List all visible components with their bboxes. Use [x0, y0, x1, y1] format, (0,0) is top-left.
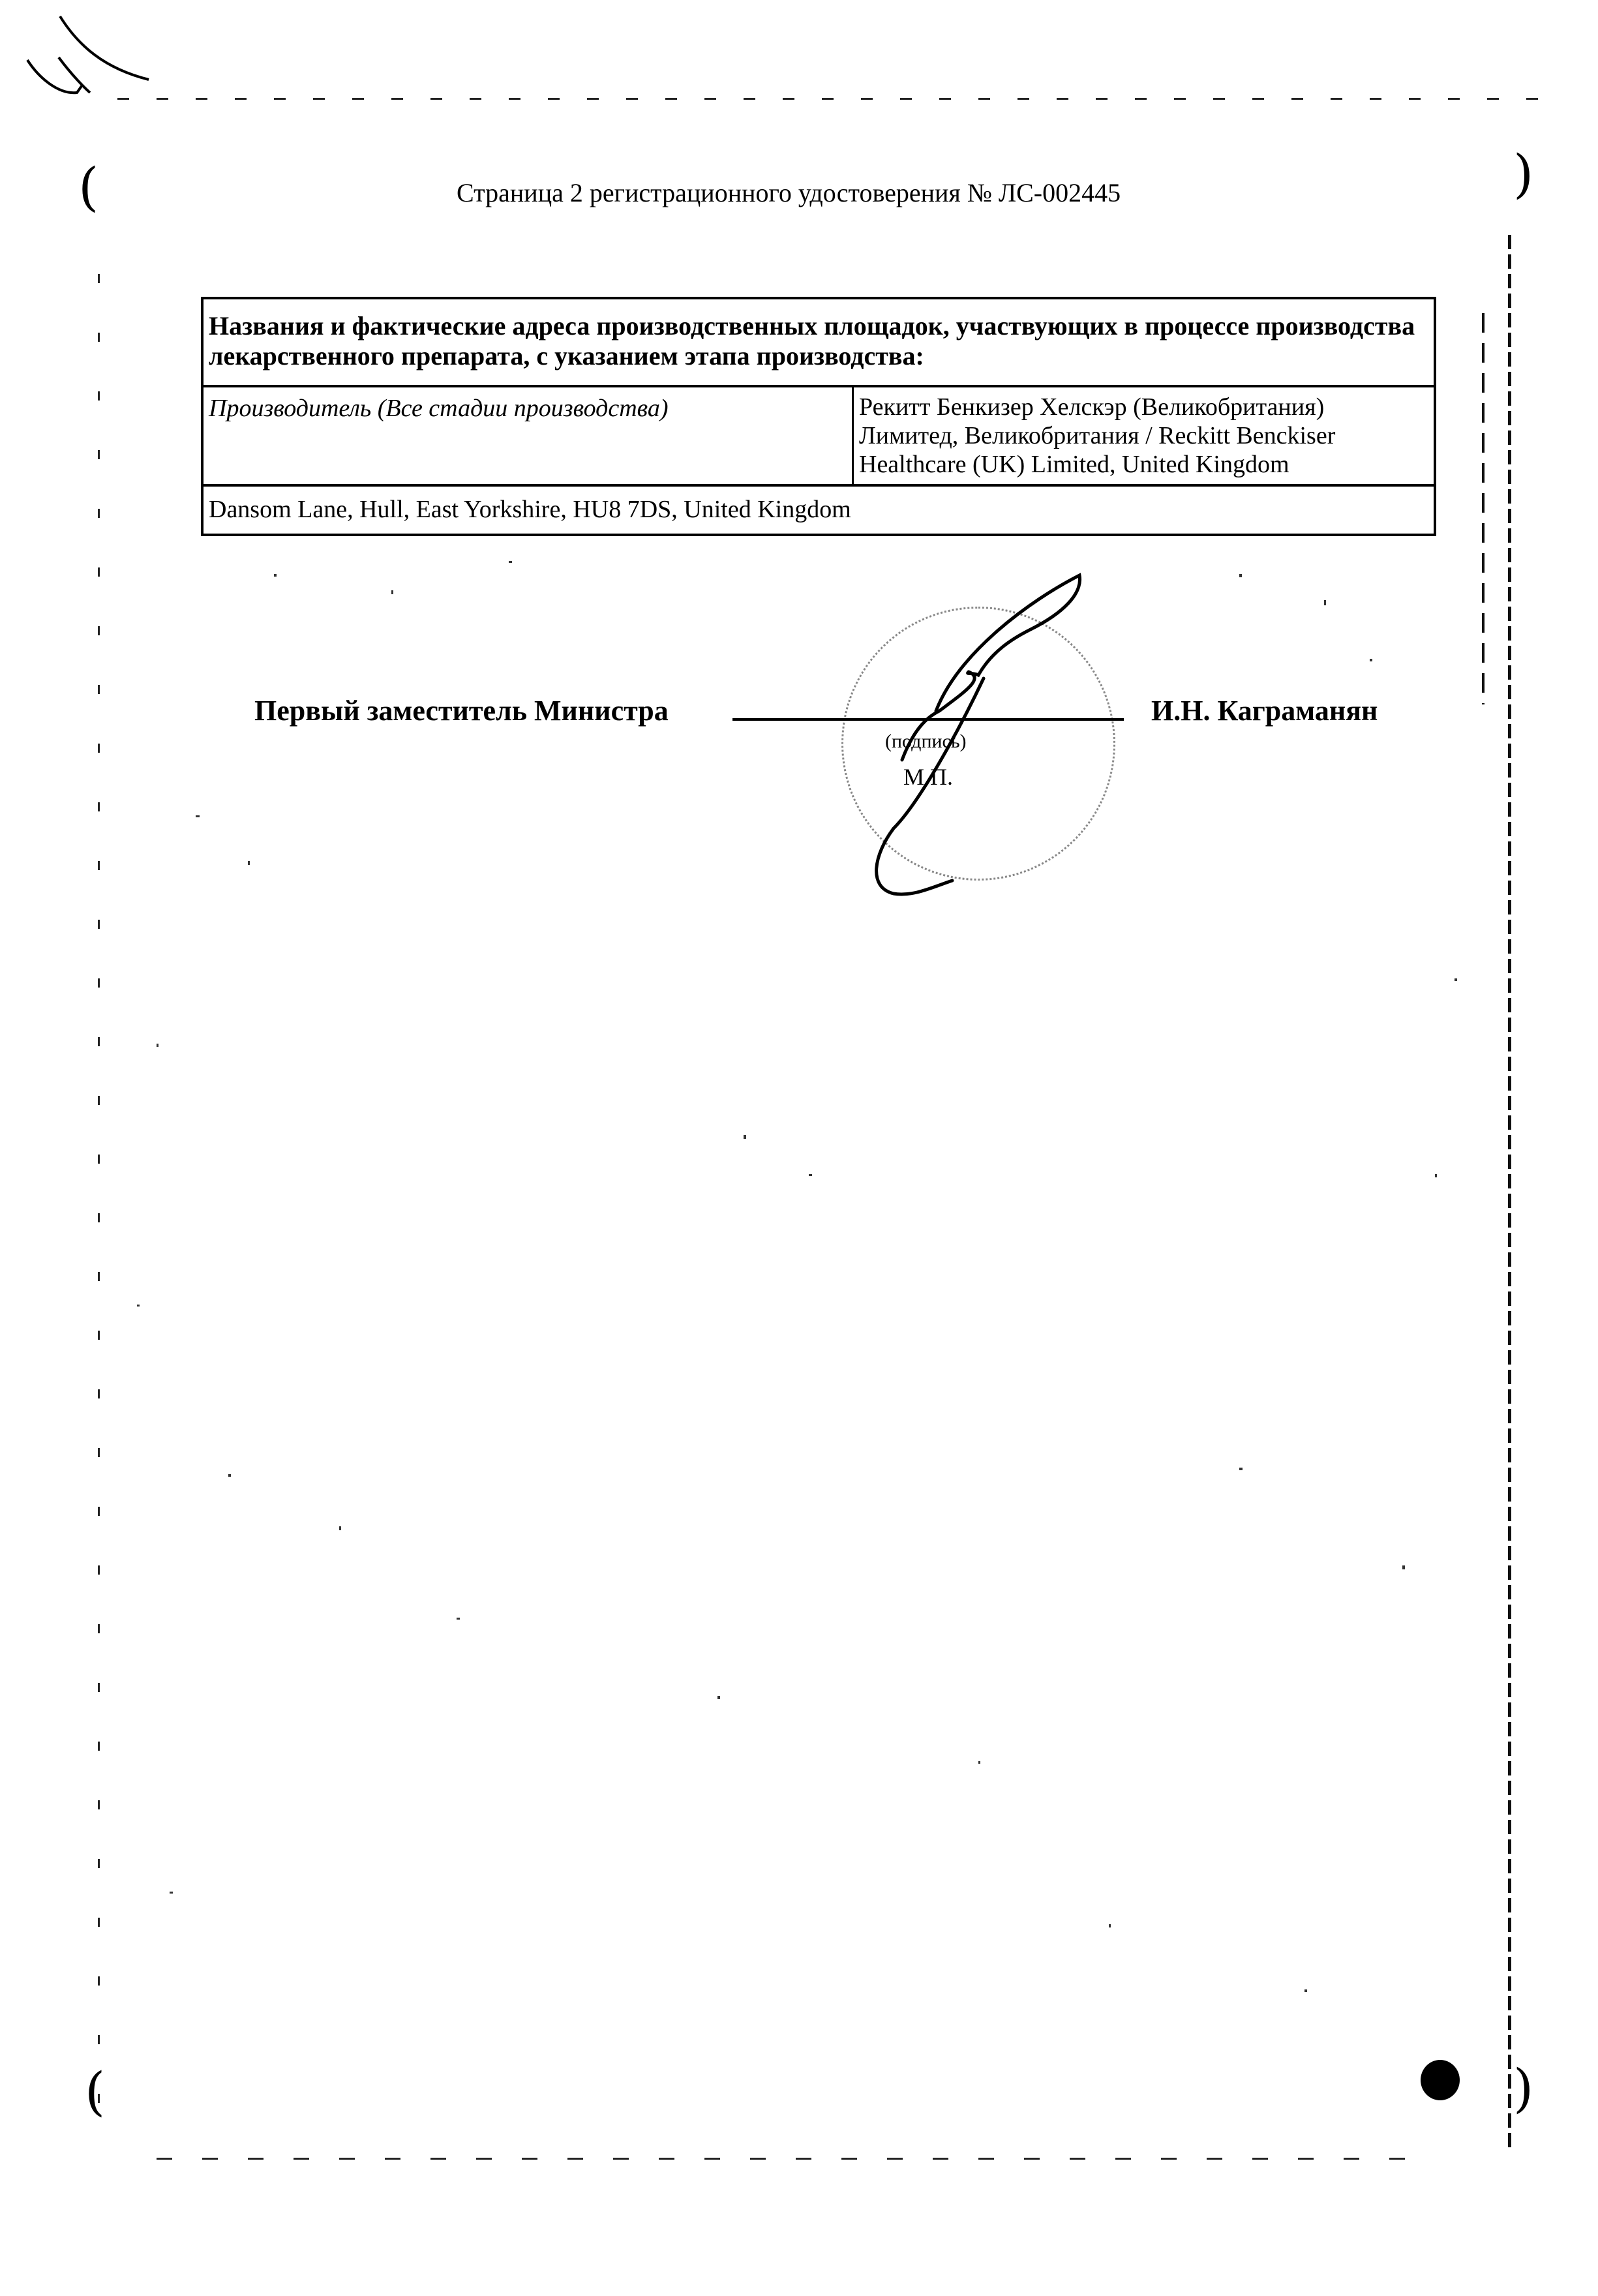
manufacturer-name-line: Healthcare (UK) Limited, United Kingdom [859, 450, 1428, 479]
signatory-name: И.Н. Каграманян [1151, 694, 1378, 727]
manufacturer-name: Рекитт Бенкизер Хелскэр (Великобритания)… [854, 387, 1434, 484]
manufacturing-sites-table: Названия и фактические адреса производст… [201, 297, 1436, 536]
table-row-manufacturer: Производитель (Все стадии производства) … [204, 385, 1434, 484]
scan-border-left [98, 274, 100, 2133]
bracket-mark-icon: ) [1513, 143, 1533, 204]
manufacturer-name-line: Рекитт Бенкизер Хелскэр (Великобритания) [859, 393, 1428, 421]
handwritten-signature-icon [815, 554, 1141, 913]
bracket-mark-icon: ) [1513, 2058, 1533, 2119]
scan-border-bottom [157, 2158, 1435, 2160]
page-header: Страница 2 регистрационного удостоверени… [457, 177, 1121, 208]
manufacturer-name-line: Лимитед, Великобритания / Reckitt Bencki… [859, 421, 1428, 450]
table-heading-row: Названия и фактические адреса производст… [204, 299, 1434, 385]
signatory-title: Первый заместитель Министра [254, 694, 669, 727]
scan-border-right-inner [1482, 313, 1485, 704]
bracket-mark-icon: ( [85, 2061, 105, 2122]
table-heading: Названия и фактические адреса производст… [209, 311, 1428, 385]
bracket-mark-icon: ( [78, 157, 98, 217]
table-row-address: Dansom Lane, Hull, East Yorkshire, HU8 7… [204, 484, 1434, 534]
hole-punch-icon [1421, 2060, 1460, 2100]
manufacturer-address: Dansom Lane, Hull, East Yorkshire, HU8 7… [209, 494, 851, 526]
manufacturer-role: Производитель (Все стадии производства) [204, 387, 854, 484]
handwritten-corner-mark-icon [20, 7, 163, 98]
scan-border-right [1508, 235, 1511, 2152]
scan-border-top [117, 98, 1539, 100]
